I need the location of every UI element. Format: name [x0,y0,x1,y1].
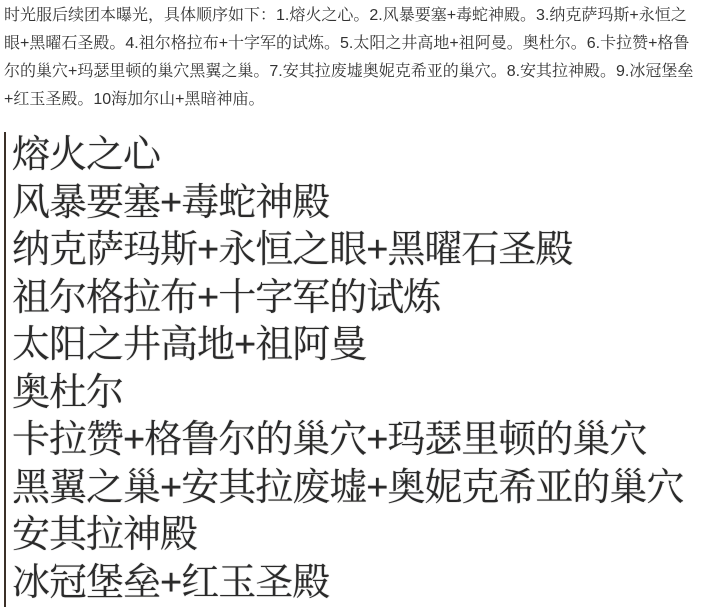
raid-list-line: 卡拉赞+格鲁尔的巢穴+玛瑟里顿的巢穴 [12,417,704,465]
raid-list-line: 祖尔格拉布+十字军的试炼 [12,275,704,323]
raid-list-line: 风暴要塞+毒蛇神殿 [12,180,704,228]
raid-list-line: 黑翼之巢+安其拉废墟+奥妮克希亚的巢穴 [12,465,704,513]
raid-list-line: 熔火之心 [12,132,704,180]
raid-list-line: 纳克萨玛斯+永恒之眼+黑曜石圣殿 [12,227,704,275]
embedded-raid-list-image[interactable]: 熔火之心 风暴要塞+毒蛇神殿 纳克萨玛斯+永恒之眼+黑曜石圣殿 祖尔格拉布+十字… [4,132,704,607]
intro-paragraph: 时光服后续团本曝光，具体顺序如下：1.熔火之心。2.风暴要塞+毒蛇神殿。3.纳克… [0,0,704,114]
raid-list-line: 安其拉神殿 [12,512,704,560]
raid-list-line: 奥杜尔 [12,370,704,418]
post-body: 时光服后续团本曝光，具体顺序如下：1.熔火之心。2.风暴要塞+毒蛇神殿。3.纳克… [0,0,704,607]
raid-list-line: 冰冠堡垒+红玉圣殿 [12,560,704,607]
raid-list-line: 太阳之井高地+祖阿曼 [12,322,704,370]
